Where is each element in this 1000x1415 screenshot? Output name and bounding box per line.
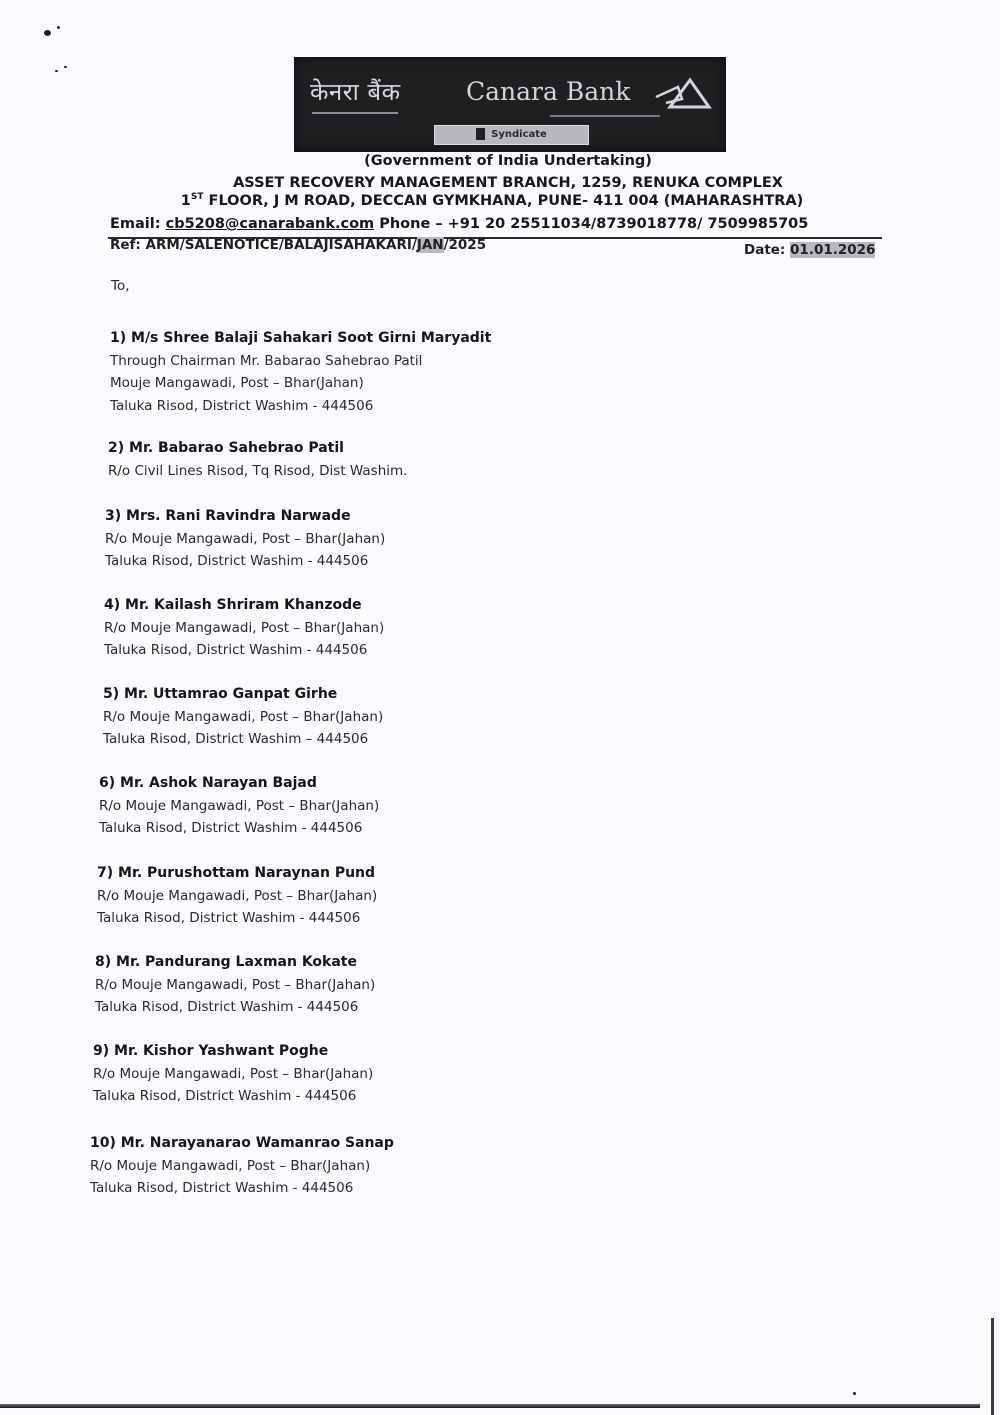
addressee-address-line: R/o Mouje Mangawadi, Post – Bhar(Jahan) — [93, 1063, 373, 1086]
scan-speck — [853, 1392, 856, 1395]
salutation: To, — [111, 278, 130, 294]
contact-line: Email: cb5208@canarabank.com Phone – +91… — [110, 216, 808, 232]
government-undertaking-line: (Government of India Undertaking) — [8, 153, 1000, 169]
addressee-name: 1) M/s Shree Balaji Sahakari Soot Girni … — [110, 327, 491, 350]
addressee-address-line: Taluka Risod, District Washim - 444506 — [90, 1177, 394, 1200]
scan-speck — [44, 30, 51, 36]
phone-numbers: Phone – +91 20 25511034/8739018778/ 7509… — [374, 216, 808, 232]
scan-speck — [55, 70, 58, 72]
addressee-address-line: Taluka Risod, District Washim - 444506 — [105, 550, 385, 573]
addressee-block: 7) Mr. Purushottam Naraynan PundR/o Mouj… — [97, 862, 377, 930]
addressee-address-line: Taluka Risod, District Washim - 444506 — [99, 817, 379, 840]
canara-bank-logo: केनरा बैंक Canara Bank Syndicate — [294, 57, 726, 152]
addressee-address-line: R/o Mouje Mangawadi, Post – Bhar(Jahan) — [105, 528, 385, 551]
logo-english-text: Canara Bank — [466, 77, 630, 106]
addressee-address-line: Taluka Risod, District Washim - 444506 — [110, 395, 491, 418]
addressee-address-line: Through Chairman Mr. Babarao Sahebrao Pa… — [110, 350, 491, 373]
scanned-letter-page: केनरा बैंक Canara Bank Syndicate (Govern… — [0, 0, 1000, 1415]
addressee-name: 7) Mr. Purushottam Naraynan Pund — [97, 862, 377, 885]
scan-speck — [64, 66, 67, 68]
addressee-block: 5) Mr. Uttamrao Ganpat GirheR/o Mouje Ma… — [103, 683, 383, 751]
addressee-address-line: R/o Mouje Mangawadi, Post – Bhar(Jahan) — [103, 706, 383, 729]
addressee-name: 9) Mr. Kishor Yashwant Poghe — [93, 1040, 373, 1063]
addressee-block: 1) M/s Shree Balaji Sahakari Soot Girni … — [110, 327, 491, 417]
email-label: Email: — [110, 216, 166, 232]
addressee-address-line: R/o Mouje Mangawadi, Post – Bhar(Jahan) — [95, 974, 375, 997]
addressee-block: 10) Mr. Narayanarao Wamanrao SanapR/o Mo… — [90, 1132, 394, 1200]
addressee-address-line: Mouje Mangawadi, Post – Bhar(Jahan) — [110, 372, 491, 395]
addressee-address-line: R/o Mouje Mangawadi, Post – Bhar(Jahan) — [104, 617, 384, 640]
addressee-name: 4) Mr. Kailash Shriram Khanzode — [104, 594, 384, 617]
addressee-address-line: R/o Mouje Mangawadi, Post – Bhar(Jahan) — [99, 795, 379, 818]
syndicate-icon — [476, 128, 485, 140]
addressee-address-line: Taluka Risod, District Washim - 444506 — [97, 907, 377, 930]
branch-address-line: 1ST FLOOR, J M ROAD, DECCAN GYMKHANA, PU… — [0, 192, 992, 209]
addressee-address-line: R/o Mouje Mangawadi, Post – Bhar(Jahan) — [90, 1155, 394, 1178]
letter-date: Date: 01.01.2026 — [744, 242, 875, 258]
scan-edge-bottom — [0, 1404, 980, 1408]
syndicate-badge: Syndicate — [434, 125, 589, 145]
addressee-address-line: Taluka Risod, District Washim - 444506 — [95, 996, 375, 1019]
addressee-name: 3) Mrs. Rani Ravindra Narwade — [105, 505, 385, 528]
addressee-block: 3) Mrs. Rani Ravindra NarwadeR/o Mouje M… — [105, 505, 385, 573]
reference-number: Ref: ARM/SALENOTICE/BALAJISAHAKARI/JAN/2… — [110, 237, 486, 253]
addressee-name: 8) Mr. Pandurang Laxman Kokate — [95, 951, 375, 974]
scan-edge-right — [991, 1318, 994, 1415]
logo-hindi-text: केनरा बैंक — [310, 75, 401, 108]
addressee-name: 6) Mr. Ashok Narayan Bajad — [99, 772, 379, 795]
logo-hindi-tagline — [312, 112, 398, 114]
addressee-block: 9) Mr. Kishor Yashwant PogheR/o Mouje Ma… — [93, 1040, 373, 1108]
addressee-name: 10) Mr. Narayanarao Wamanrao Sanap — [90, 1132, 394, 1155]
branch-name-line: ASSET RECOVERY MANAGEMENT BRANCH, 1259, … — [8, 175, 1000, 191]
addressee-name: 2) Mr. Babarao Sahebrao Patil — [108, 437, 407, 460]
addressee-address-line: R/o Mouje Mangawadi, Post – Bhar(Jahan) — [97, 885, 377, 908]
addressee-block: 6) Mr. Ashok Narayan BajadR/o Mouje Mang… — [99, 772, 379, 840]
addressee-address-line: R/o Civil Lines Risod, Tq Risod, Dist Wa… — [108, 460, 407, 483]
scan-speck — [57, 26, 60, 29]
addressee-address-line: Taluka Risod, District Washim - 444506 — [93, 1085, 373, 1108]
email-link[interactable]: cb5208@canarabank.com — [166, 216, 375, 232]
addressee-block: 8) Mr. Pandurang Laxman KokateR/o Mouje … — [95, 951, 375, 1019]
addressee-block: 4) Mr. Kailash Shriram KhanzodeR/o Mouje… — [104, 594, 384, 662]
canara-triangle-icon — [654, 77, 712, 111]
addressee-block: 2) Mr. Babarao Sahebrao PatilR/o Civil L… — [108, 437, 407, 482]
addressee-address-line: Taluka Risod, District Washim - 444506 — [104, 639, 384, 662]
logo-english-tagline — [550, 115, 660, 117]
addressee-address-line: Taluka Risod, District Washim – 444506 — [103, 728, 383, 751]
addressee-name: 5) Mr. Uttamrao Ganpat Girhe — [103, 683, 383, 706]
